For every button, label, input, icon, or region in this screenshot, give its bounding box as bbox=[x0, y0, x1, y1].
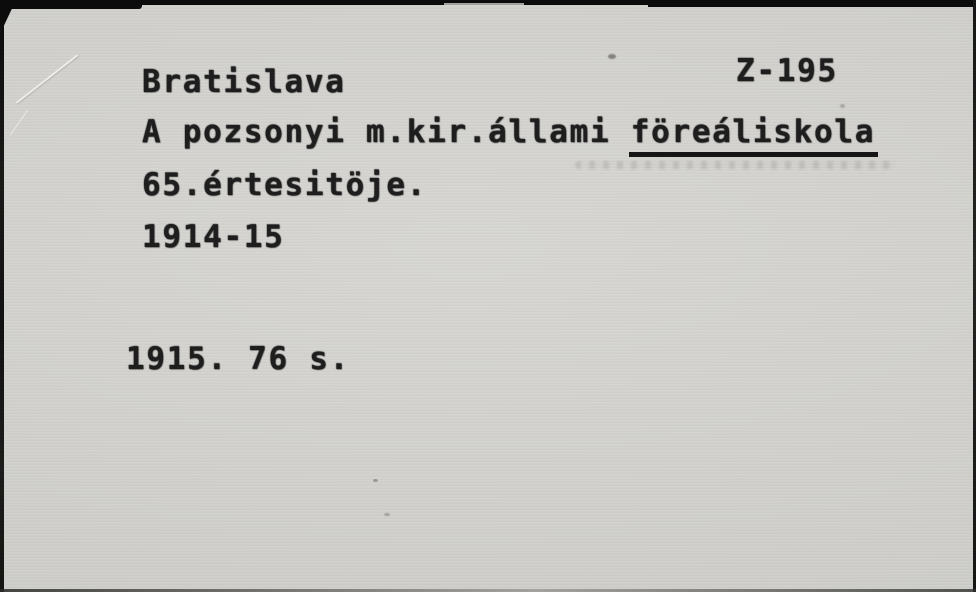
paper-crease-small bbox=[10, 110, 28, 135]
edition-line: 65.értesitöje. bbox=[142, 170, 427, 201]
title-line: A pozsonyi m.kir.állami föreáliskola bbox=[142, 117, 875, 148]
scan-edge-top-gap bbox=[444, 3, 524, 6]
years-line: 1914-15 bbox=[142, 222, 285, 253]
ink-speck bbox=[373, 479, 378, 482]
ink-speck bbox=[608, 54, 616, 59]
heading-city: Bratislava bbox=[142, 67, 346, 98]
title-underlined-word: föreáliskola bbox=[629, 117, 878, 157]
imprint-line: 1915. 76 s. bbox=[126, 344, 350, 375]
scan-edge-top-thick-left bbox=[0, 0, 142, 9]
underline-ink-smudge bbox=[575, 161, 895, 169]
ink-speck bbox=[840, 104, 845, 108]
scan-edge-top-thick-right bbox=[648, 0, 976, 7]
call-number: Z-195 bbox=[736, 56, 838, 87]
scan-edge-left bbox=[0, 0, 4, 592]
paper-crease bbox=[16, 54, 79, 104]
ink-speck bbox=[384, 513, 390, 516]
title-prefix: A pozsonyi m.kir.állami bbox=[142, 114, 631, 150]
catalog-card: Bratislava Z-195 A pozsonyi m.kir.állami… bbox=[0, 0, 976, 592]
